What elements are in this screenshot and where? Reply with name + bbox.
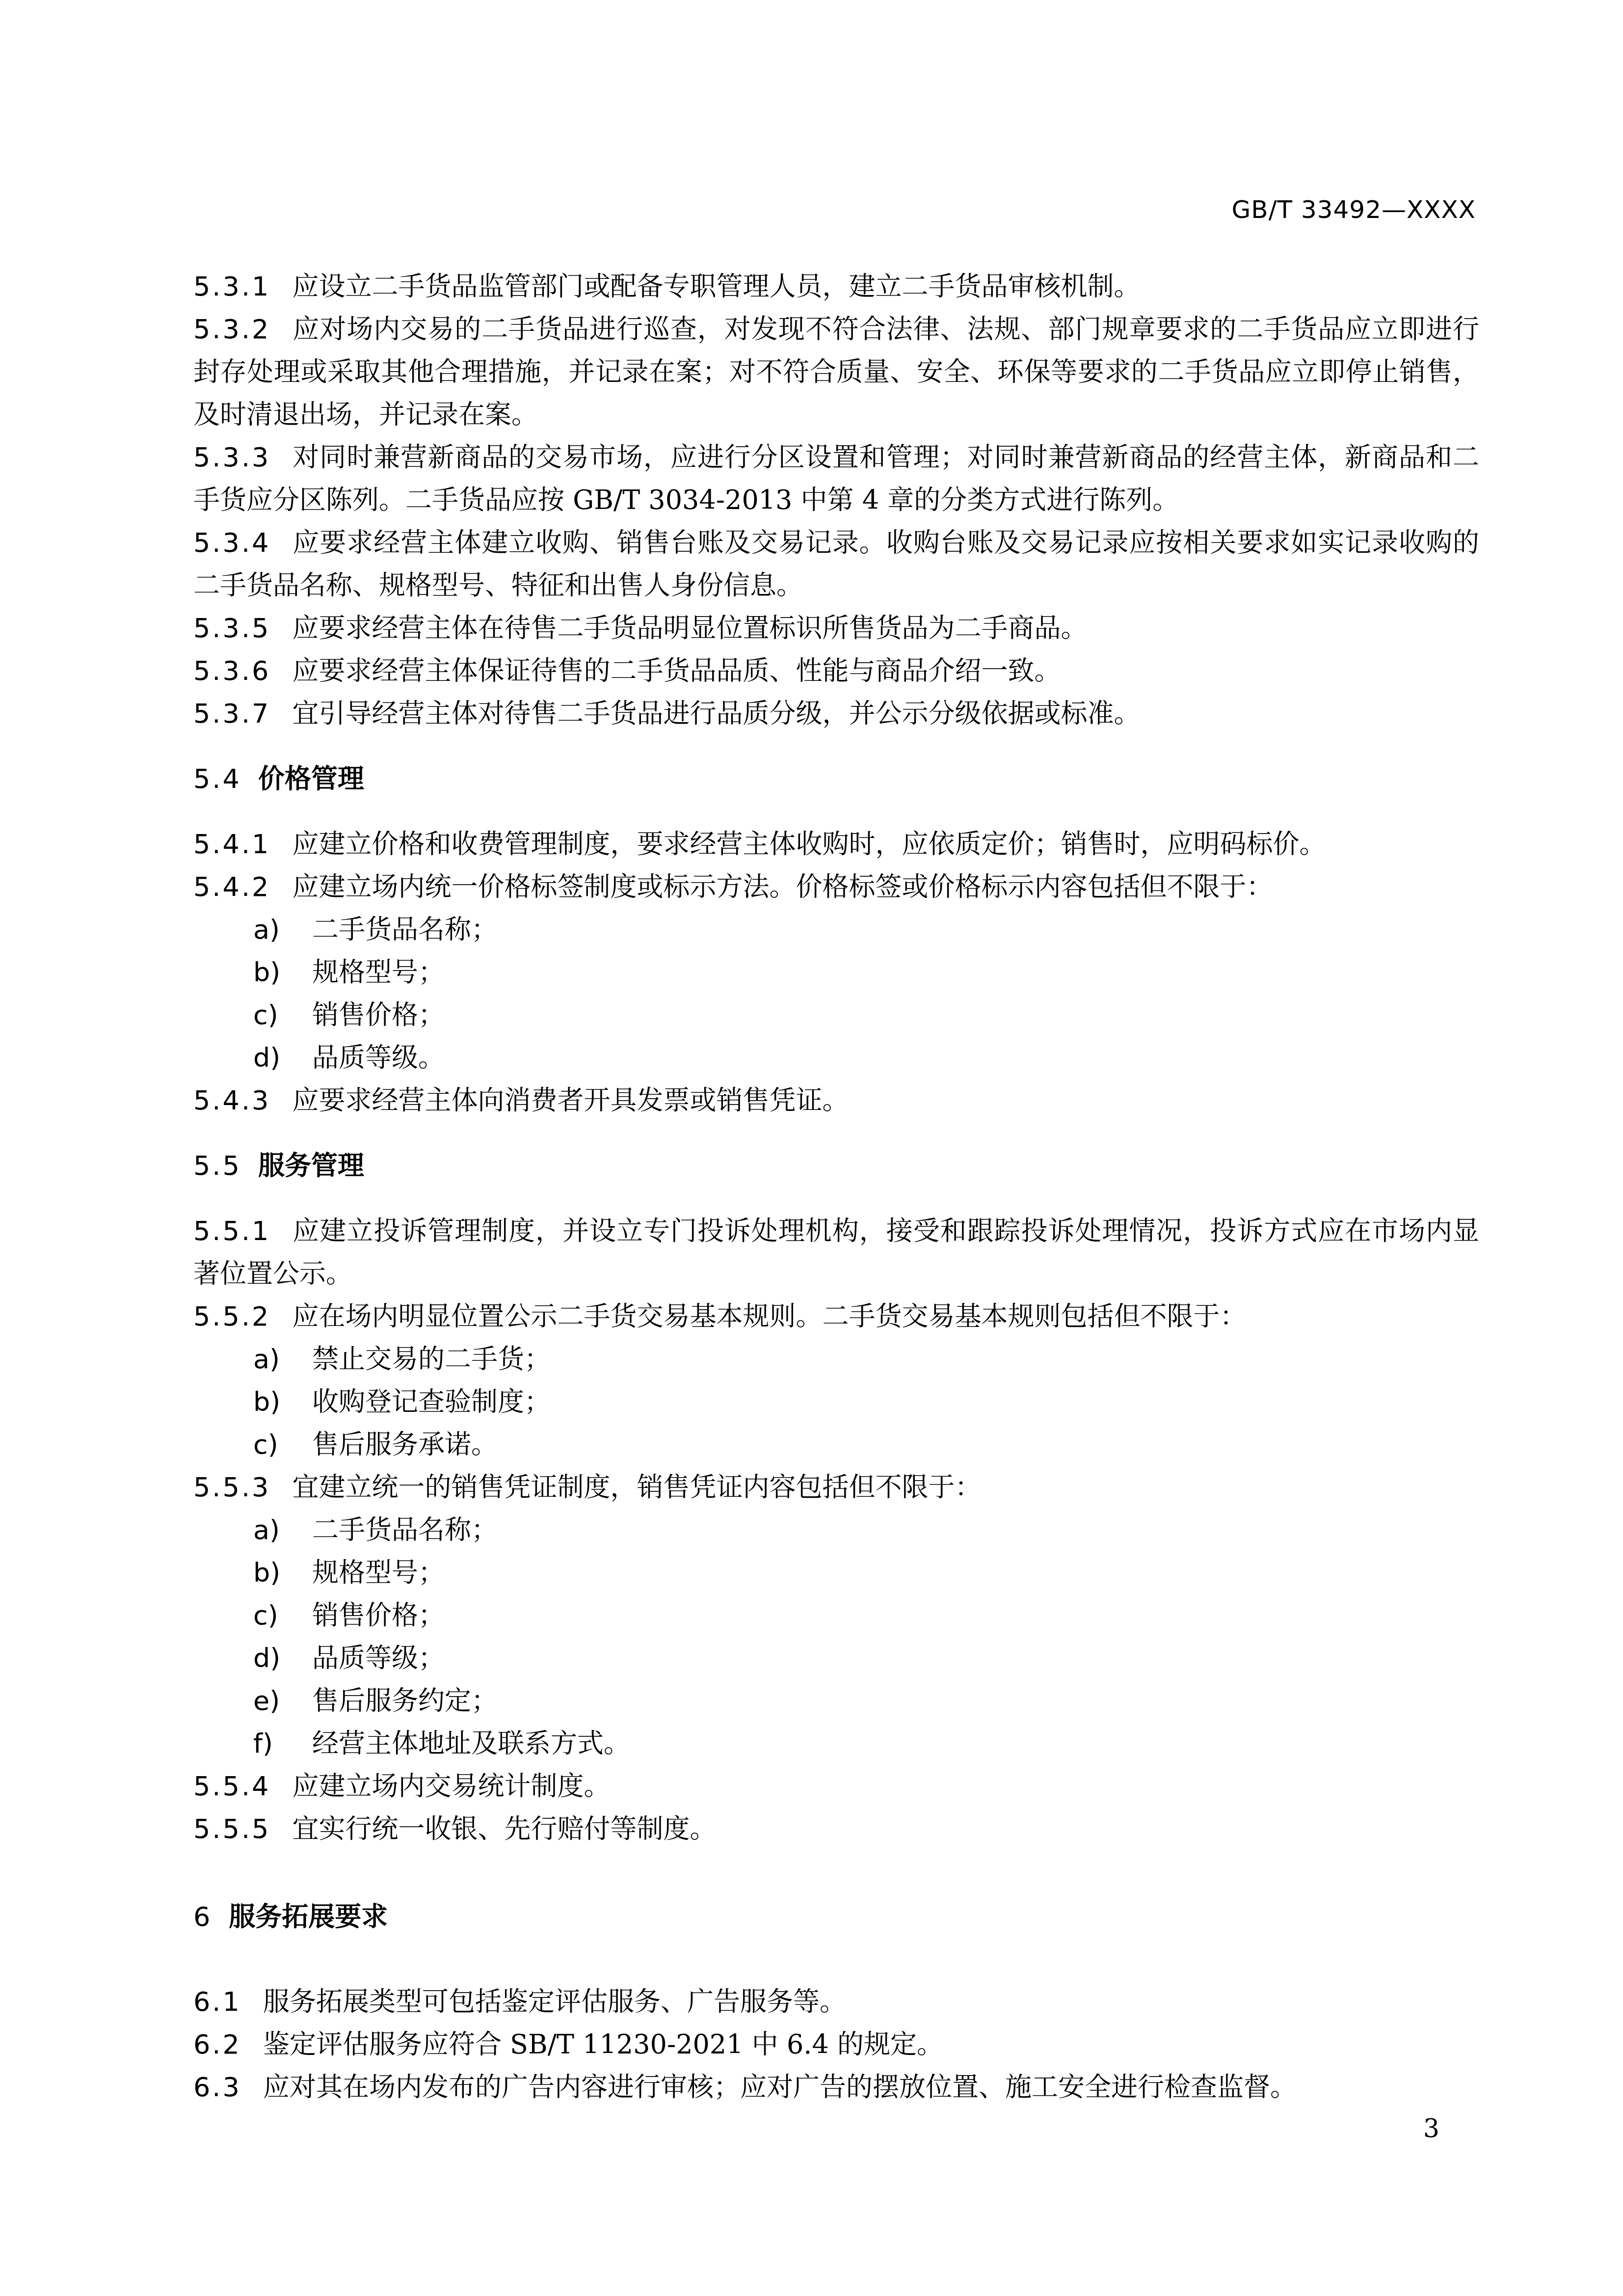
list-text: 收购登记查验制度； bbox=[312, 1386, 551, 1417]
list-text: 销售价格； bbox=[312, 1600, 445, 1631]
list-item: c)销售价格； bbox=[193, 994, 1479, 1036]
list-marker: c) bbox=[253, 1423, 312, 1466]
clause-text: 服务拓展类型可包括鉴定评估服务、广告服务等。 bbox=[263, 1986, 846, 2017]
clause-number: 5.4.3 bbox=[193, 1085, 270, 1116]
page-number: 3 bbox=[1423, 2114, 1439, 2143]
list-marker: c) bbox=[253, 994, 312, 1036]
clause-text: 应要求经营主体保证待售的二手货品品质、性能与商品介绍一致。 bbox=[292, 655, 1061, 686]
clause-text: 应要求经营主体向消费者开具发票或销售凭证。 bbox=[292, 1085, 849, 1116]
clause-text: 应建立投诉管理制度，并设立专门投诉处理机构，接受和跟踪投诉处理情况，投诉方式应在… bbox=[193, 1216, 1479, 1289]
clause-text: 鉴定评估服务应符合 SB/T 11230-2021 中 6.4 的规定。 bbox=[263, 2029, 943, 2060]
chapter-number: 6 bbox=[193, 1901, 212, 1932]
standard-code-header: GB/T 33492—XXXX bbox=[1232, 195, 1476, 224]
clause-5-5-2: 5.5.2应在场内明显位置公示二手货交易基本规则。二手货交易基本规则包括但不限于… bbox=[193, 1295, 1479, 1338]
list-text: 规格型号； bbox=[312, 1557, 445, 1588]
clause-number: 5.5.4 bbox=[193, 1771, 270, 1802]
clause-number: 5.4.2 bbox=[193, 871, 270, 902]
clause-5-5-5: 5.5.5宜实行统一收银、先行赔付等制度。 bbox=[193, 1808, 1479, 1850]
clause-5-5-4: 5.5.4应建立场内交易统计制度。 bbox=[193, 1765, 1479, 1808]
clause-text: 宜引导经营主体对待售二手货品进行品质分级，并公示分级依据或标准。 bbox=[292, 698, 1140, 729]
clause-number: 5.3.2 bbox=[193, 314, 270, 345]
section-number: 5.5 bbox=[193, 1150, 241, 1181]
clause-number: 5.3.5 bbox=[193, 613, 270, 644]
list-text: 规格型号； bbox=[312, 957, 445, 988]
clause-5-3-2: 5.3.2应对场内交易的二手货品进行巡查，对发现不符合法律、法规、部门规章要求的… bbox=[193, 308, 1479, 436]
list-marker: e) bbox=[253, 1679, 312, 1722]
list-text: 售后服务约定； bbox=[312, 1685, 498, 1716]
clause-text: 应对其在场内发布的广告内容进行审核；应对广告的摆放位置、施工安全进行检查监督。 bbox=[263, 2072, 1297, 2103]
clause-5-3-5: 5.3.5应要求经营主体在待售二手货品明显位置标识所售货品为二手商品。 bbox=[193, 607, 1479, 649]
clause-number: 6.2 bbox=[193, 2029, 241, 2060]
list-item: b)收购登记查验制度； bbox=[193, 1380, 1479, 1423]
list-marker: d) bbox=[253, 1637, 312, 1679]
section-title: 服务管理 bbox=[258, 1150, 364, 1181]
list-text: 经营主体地址及联系方式。 bbox=[312, 1728, 630, 1759]
section-heading-5-5: 5.5服务管理 bbox=[193, 1144, 1479, 1187]
list-marker: d) bbox=[253, 1036, 312, 1079]
clause-text: 应在场内明显位置公示二手货交易基本规则。二手货交易基本规则包括但不限于： bbox=[292, 1301, 1246, 1332]
clause-number: 5.3.4 bbox=[193, 527, 270, 558]
clause-number: 5.3.6 bbox=[193, 655, 270, 686]
clause-number: 5.5.3 bbox=[193, 1472, 270, 1503]
list-item: a)禁止交易的二手货； bbox=[193, 1338, 1479, 1380]
list-marker: b) bbox=[253, 951, 312, 994]
clause-5-5-3: 5.5.3宜建立统一的销售凭证制度，销售凭证内容包括但不限于： bbox=[193, 1466, 1479, 1509]
clause-number: 5.3.3 bbox=[193, 442, 270, 473]
list-text: 品质等级。 bbox=[312, 1042, 445, 1073]
list-item: d)品质等级； bbox=[193, 1637, 1479, 1679]
section-heading-5-4: 5.4价格管理 bbox=[193, 757, 1479, 800]
clause-text: 应设立二手货品监管部门或配备专职管理人员，建立二手货品审核机制。 bbox=[292, 271, 1140, 302]
clause-number: 6.1 bbox=[193, 1986, 241, 2017]
clause-5-4-1: 5.4.1应建立价格和收费管理制度，要求经营主体收购时，应依质定价；销售时，应明… bbox=[193, 823, 1479, 865]
clause-number: 6.3 bbox=[193, 2072, 241, 2103]
clause-text: 应建立场内交易统计制度。 bbox=[292, 1771, 610, 1802]
clause-number: 5.3.7 bbox=[193, 698, 270, 729]
clause-5-5-1: 5.5.1应建立投诉管理制度，并设立专门投诉处理机构，接受和跟踪投诉处理情况，投… bbox=[193, 1210, 1479, 1295]
list-item: a)二手货品名称； bbox=[193, 1509, 1479, 1551]
list-item: f)经营主体地址及联系方式。 bbox=[193, 1722, 1479, 1765]
clause-number: 5.5.2 bbox=[193, 1301, 270, 1332]
clause-5-3-3: 5.3.3对同时兼营新商品的交易市场，应进行分区设置和管理；对同时兼营新商品的经… bbox=[193, 436, 1479, 521]
list-item: b)规格型号； bbox=[193, 951, 1479, 994]
list-marker: a) bbox=[253, 908, 312, 951]
section-title: 价格管理 bbox=[258, 763, 364, 794]
clause-number: 5.5.1 bbox=[193, 1216, 270, 1246]
list-item: c)销售价格； bbox=[193, 1594, 1479, 1637]
clause-6-1: 6.1服务拓展类型可包括鉴定评估服务、广告服务等。 bbox=[193, 1980, 1479, 2023]
clause-5-3-4: 5.3.4应要求经营主体建立收购、销售台账及交易记录。收购台账及交易记录应按相关… bbox=[193, 521, 1479, 607]
list-text: 品质等级； bbox=[312, 1643, 445, 1674]
clause-text: 应要求经营主体在待售二手货品明显位置标识所售货品为二手商品。 bbox=[292, 613, 1087, 644]
list-marker: f) bbox=[253, 1722, 312, 1765]
clause-text: 应对场内交易的二手货品进行巡查，对发现不符合法律、法规、部门规章要求的二手货品应… bbox=[193, 314, 1479, 430]
clause-text: 宜建立统一的销售凭证制度，销售凭证内容包括但不限于： bbox=[292, 1472, 981, 1503]
chapter-heading-6: 6服务拓展要求 bbox=[193, 1895, 1479, 1938]
clause-5-3-7: 5.3.7宜引导经营主体对待售二手货品进行品质分级，并公示分级依据或标准。 bbox=[193, 692, 1479, 735]
clause-text: 应建立价格和收费管理制度，要求经营主体收购时，应依质定价；销售时，应明码标价。 bbox=[292, 829, 1326, 860]
clause-number: 5.4.1 bbox=[193, 829, 270, 860]
list-text: 售后服务承诺。 bbox=[312, 1429, 498, 1460]
list-marker: b) bbox=[253, 1380, 312, 1423]
list-marker: c) bbox=[253, 1594, 312, 1637]
clause-5-3-6: 5.3.6应要求经营主体保证待售的二手货品品质、性能与商品介绍一致。 bbox=[193, 649, 1479, 692]
list-item: b)规格型号； bbox=[193, 1551, 1479, 1594]
clause-6-2: 6.2鉴定评估服务应符合 SB/T 11230-2021 中 6.4 的规定。 bbox=[193, 2023, 1479, 2066]
clause-text: 应建立场内统一价格标签制度或标示方法。价格标签或价格标示内容包括但不限于： bbox=[292, 871, 1273, 902]
clause-text: 对同时兼营新商品的交易市场，应进行分区设置和管理；对同时兼营新商品的经营主体，新… bbox=[193, 442, 1479, 515]
list-text: 二手货品名称； bbox=[312, 1514, 498, 1545]
list-item: a)二手货品名称； bbox=[193, 908, 1479, 951]
list-marker: b) bbox=[253, 1551, 312, 1594]
clause-6-3: 6.3应对其在场内发布的广告内容进行审核；应对广告的摆放位置、施工安全进行检查监… bbox=[193, 2066, 1479, 2108]
section-number: 5.4 bbox=[193, 763, 241, 794]
list-item: d)品质等级。 bbox=[193, 1036, 1479, 1079]
clause-5-4-2: 5.4.2应建立场内统一价格标签制度或标示方法。价格标签或价格标示内容包括但不限… bbox=[193, 865, 1479, 908]
clause-text: 应要求经营主体建立收购、销售台账及交易记录。收购台账及交易记录应按相关要求如实记… bbox=[193, 527, 1479, 601]
list-item: e)售后服务约定； bbox=[193, 1679, 1479, 1722]
list-text: 销售价格； bbox=[312, 999, 445, 1030]
clause-text: 宜实行统一收银、先行赔付等制度。 bbox=[292, 1813, 716, 1844]
document-body: 5.3.1应设立二手货品监管部门或配备专职管理人员，建立二手货品审核机制。 5.… bbox=[193, 265, 1479, 2108]
list-text: 二手货品名称； bbox=[312, 914, 498, 945]
clause-number: 5.3.1 bbox=[193, 271, 270, 302]
chapter-title: 服务拓展要求 bbox=[229, 1901, 388, 1932]
list-marker: a) bbox=[253, 1338, 312, 1380]
list-marker: a) bbox=[253, 1509, 312, 1551]
clause-5-3-1: 5.3.1应设立二手货品监管部门或配备专职管理人员，建立二手货品审核机制。 bbox=[193, 265, 1479, 308]
clause-number: 5.5.5 bbox=[193, 1813, 270, 1844]
list-item: c)售后服务承诺。 bbox=[193, 1423, 1479, 1466]
list-text: 禁止交易的二手货； bbox=[312, 1344, 551, 1375]
clause-5-4-3: 5.4.3应要求经营主体向消费者开具发票或销售凭证。 bbox=[193, 1079, 1479, 1122]
